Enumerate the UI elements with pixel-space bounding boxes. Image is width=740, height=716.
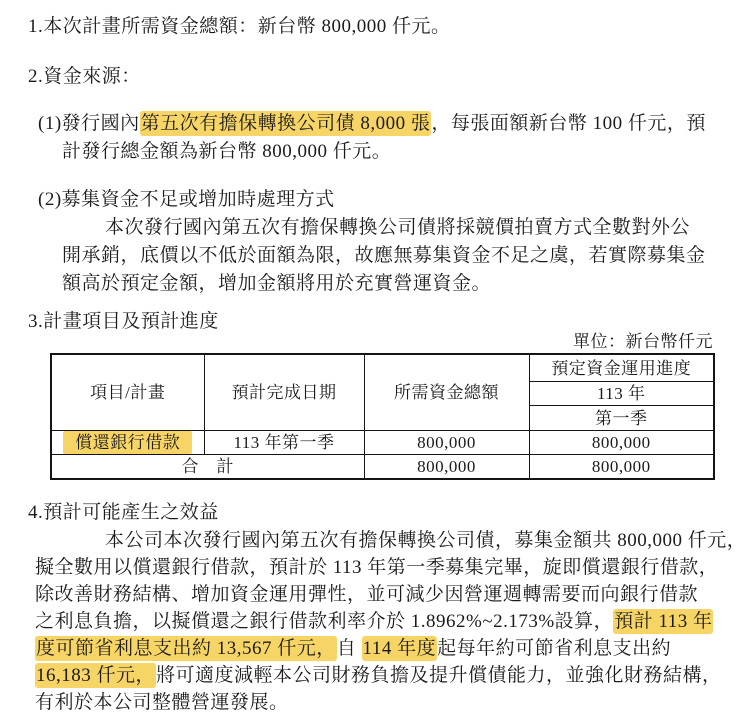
text-segment: 本公司本次發行國內第五次有擔保轉換公司債，募集金額共 800,000 仟元，: [105, 530, 740, 551]
header-item-column: 項目/計畫: [51, 354, 204, 431]
highlight: 16,183 仟元，: [35, 663, 156, 688]
text-segment: 2.資金來源：: [28, 66, 141, 87]
text-segment: 1.本次計畫所需資金總額：新台幣 800,000 仟元。: [28, 16, 451, 37]
text-segment: ，每張面額新台幣 100 仟元，預: [431, 113, 706, 134]
text-segment: 單位：新台幣仟元: [573, 332, 713, 351]
header-progress-quarter: 第一季: [529, 406, 714, 431]
benefits-paragraph-line-5: 度可節省利息支出約 13,567 仟元，自 114 年度起每年約可節省利息支出約: [35, 635, 740, 662]
text-segment: (2)募集資金不足或增加時處理方式: [38, 189, 335, 210]
highlight: 預計 113 年: [613, 609, 713, 634]
highlight: 度可節省利息支出約 13,567 仟元，: [35, 636, 337, 661]
text-segment: 將可適度減輕本公司財務負擔及提升償債能力，並強化財務結構，: [156, 665, 722, 686]
text-segment: 之利息負擔，以擬償還之銀行借款利率介於 1.8962%~2.173%設算，: [35, 611, 613, 632]
cell-q1-amount: 800,000: [529, 431, 714, 455]
text-segment: 除改善財務結構、增加資金運用彈性，並可減少因營運週轉需要而向銀行借款: [35, 584, 698, 605]
text-segment: (1)發行國內: [38, 113, 140, 134]
shortfall-handling-heading: (2)募集資金不足或增加時處理方式: [38, 186, 740, 214]
benefits-heading: 4.預計可能產生之效益: [28, 499, 740, 527]
text-segment: 起每年約可節省利息支出約: [437, 638, 671, 659]
cell-grand-total-label: 合 計: [51, 455, 364, 480]
cell-q1-amount: 800,000: [529, 455, 714, 480]
benefits-paragraph-line-1: 本公司本次發行國內第五次有擔保轉換公司債，募集金額共 800,000 仟元，: [105, 527, 740, 554]
benefits-paragraph-line-6: 16,183 仟元，將可適度減輕本公司財務負擔及提升償債能力，並強化財務結構，: [35, 662, 740, 689]
table-total-row: 合 計800,000800,000: [51, 455, 714, 480]
text-segment: 4.預計可能產生之效益: [28, 502, 219, 523]
text-segment: 有利於本公司整體營運發展。: [35, 692, 289, 713]
highlight: 第五次有擔保轉換公司債 8,000 張: [140, 111, 432, 136]
text-segment: 開承銷，底價以不低於面額為限，故應無募集資金不足之虞，若實際募集金: [62, 245, 706, 266]
document-page: 1.本次計畫所需資金總額：新台幣 800,000 仟元。2.資金來源：(1)發行…: [0, 0, 740, 716]
bond-issuance-line-2: 計發行總金額為新台幣 800,000 仟元。: [62, 138, 740, 166]
text-segment: 計發行總金額為新台幣 800,000 仟元。: [62, 141, 391, 162]
benefits-paragraph-line-2: 擬全數用以償還銀行借款，預計於 113 年第一季募集完畢，旋即償還銀行借款，: [35, 554, 740, 581]
benefits-paragraph-line-4: 之利息負擔，以擬償還之銀行借款利率介於 1.8962%~2.173%設算，預計 …: [35, 608, 740, 635]
cell-plan-item: 償還銀行借款: [51, 431, 204, 455]
text-segment: 本次發行國內第五次有擔保轉換公司債將採競價拍賣方式全數對外公: [105, 217, 690, 238]
table-row: 償還銀行借款113 年第一季800,000800,000: [51, 431, 714, 455]
header-date-column: 預計完成日期: [204, 354, 364, 431]
text-segment: 擬全數用以償還銀行借款，預計於 113 年第一季募集完畢，旋即償還銀行借款，: [35, 557, 718, 578]
text-segment: 自: [337, 638, 362, 659]
header-total-column: 所需資金總額: [364, 354, 529, 431]
funding-sources-heading: 2.資金來源：: [28, 63, 740, 91]
cell-completion-date: 113 年第一季: [204, 431, 364, 455]
shortfall-paragraph-line-2: 開承銷，底價以不低於面額為限，故應無募集資金不足之虞，若實際募集金: [62, 242, 740, 270]
shortfall-paragraph-line-1: 本次發行國內第五次有擔保轉換公司債將採競價拍賣方式全數對外公: [105, 214, 740, 242]
funding-total-line: 1.本次計畫所需資金總額：新台幣 800,000 仟元。: [28, 13, 740, 41]
cell-required-total: 800,000: [364, 455, 529, 480]
header-progress-title: 預定資金運用進度: [529, 354, 714, 382]
highlight: 114 年度: [362, 636, 438, 661]
bond-issuance-line-1: (1)發行國內第五次有擔保轉換公司債 8,000 張，每張面額新台幣 100 仟…: [38, 110, 740, 138]
text-segment: 3.計畫項目及預計進度: [28, 311, 219, 332]
plan-progress-table: 項目/計畫預計完成日期所需資金總額預定資金運用進度113 年第一季償還銀行借款1…: [50, 353, 715, 480]
benefits-paragraph-line-7: 有利於本公司整體營運發展。: [35, 689, 740, 716]
header-progress-year: 113 年: [529, 382, 714, 406]
cell-required-total: 800,000: [364, 431, 529, 455]
shortfall-paragraph-line-3: 額高於預定金額，增加金額將用於充實營運資金。: [62, 270, 740, 298]
text-segment: 額高於預定金額，增加金額將用於充實營運資金。: [62, 273, 491, 294]
benefits-paragraph-line-3: 除改善財務結構、增加資金運用彈性，並可減少因營運週轉需要而向銀行借款: [35, 581, 740, 608]
highlight: 償還銀行借款: [63, 431, 192, 454]
